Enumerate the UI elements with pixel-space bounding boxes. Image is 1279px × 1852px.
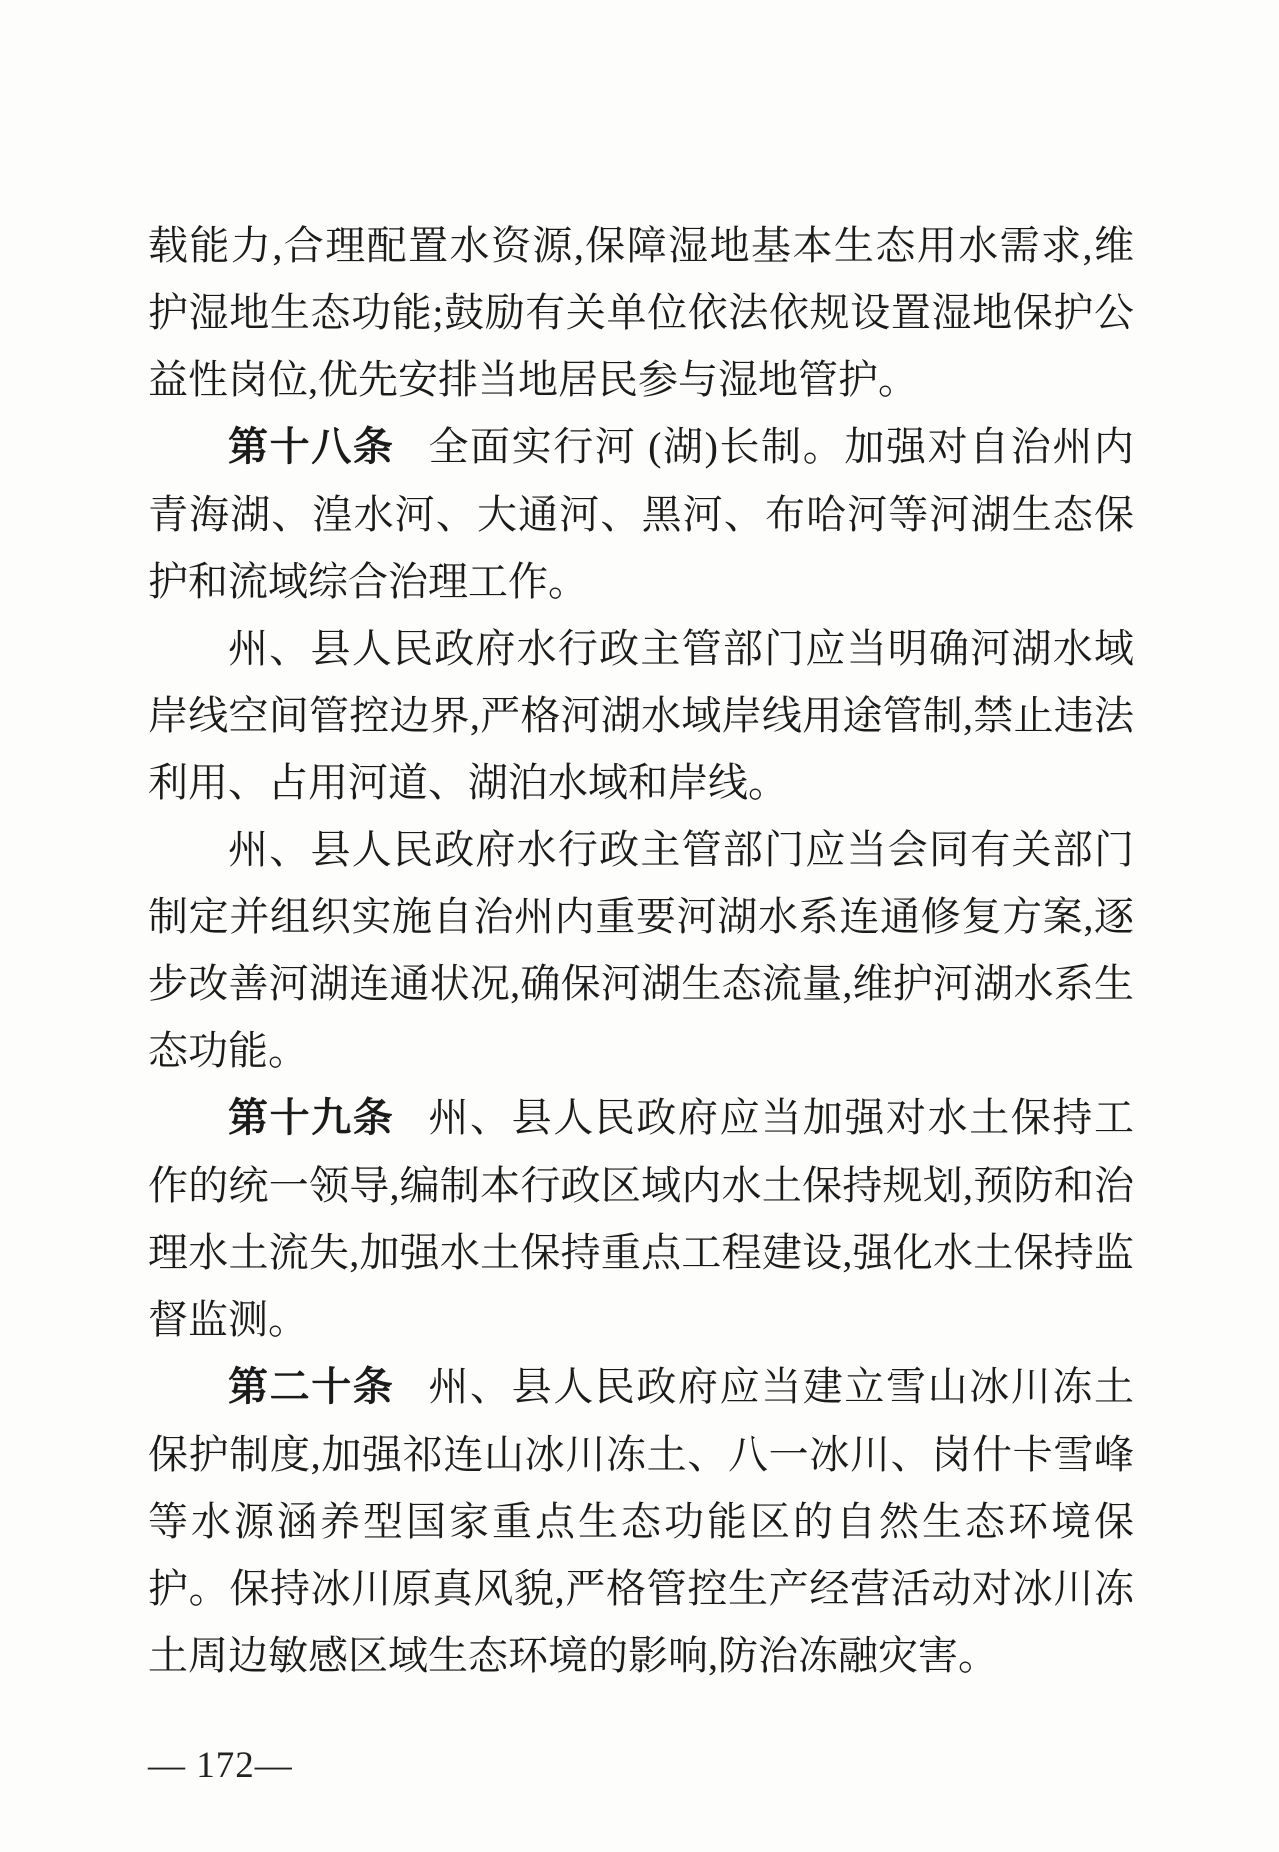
paragraph-text: 州、县人民政府水行政主管部门应当明确河湖水域岸线空间管控边界,严格河湖水域岸线用… xyxy=(148,626,1134,805)
paragraph: 州、县人民政府水行政主管部门应当会同有关部门制定并组织实施自治州内重要河湖水系连… xyxy=(148,816,1134,1084)
page-number: — 172— xyxy=(148,1745,293,1786)
paragraph-continuation: 载能力,合理配置水资源,保障湿地基本生态用水需求,维护湿地生态功能;鼓励有关单位… xyxy=(148,212,1134,413)
article-number: 第十九条 xyxy=(228,1096,394,1140)
paragraph-text: 载能力,合理配置水资源,保障湿地基本生态用水需求,维护湿地生态功能;鼓励有关单位… xyxy=(148,223,1134,402)
paragraph-article-19: 第十九条州、县人民政府应当加强对水土保持工作的统一领导,编制本行政区域内水土保持… xyxy=(148,1084,1134,1353)
document-body: 载能力,合理配置水资源,保障湿地基本生态用水需求,维护湿地生态功能;鼓励有关单位… xyxy=(148,212,1134,1689)
paragraph-text: 州、县人民政府应当建立雪山冰川冻土保护制度,加强祁连山冰川冻土、八一冰川、岗什卡… xyxy=(148,1364,1134,1678)
document-page: 载能力,合理配置水资源,保障湿地基本生态用水需求,维护湿地生态功能;鼓励有关单位… xyxy=(0,0,1279,1852)
paragraph: 州、县人民政府水行政主管部门应当明确河湖水域岸线空间管控边界,严格河湖水域岸线用… xyxy=(148,615,1134,816)
page-footer: — 172— xyxy=(148,1743,1134,1789)
paragraph-article-20: 第二十条州、县人民政府应当建立雪山冰川冻土保护制度,加强祁连山冰川冻土、八一冰川… xyxy=(148,1353,1134,1689)
paragraph-article-18: 第十八条全面实行河 (湖)长制。加强对自治州内青海湖、湟水河、大通河、黑河、布哈… xyxy=(148,413,1134,615)
article-number: 第二十条 xyxy=(228,1365,394,1409)
paragraph-text: 州、县人民政府水行政主管部门应当会同有关部门制定并组织实施自治州内重要河湖水系连… xyxy=(148,827,1134,1073)
article-number: 第十八条 xyxy=(228,425,394,469)
